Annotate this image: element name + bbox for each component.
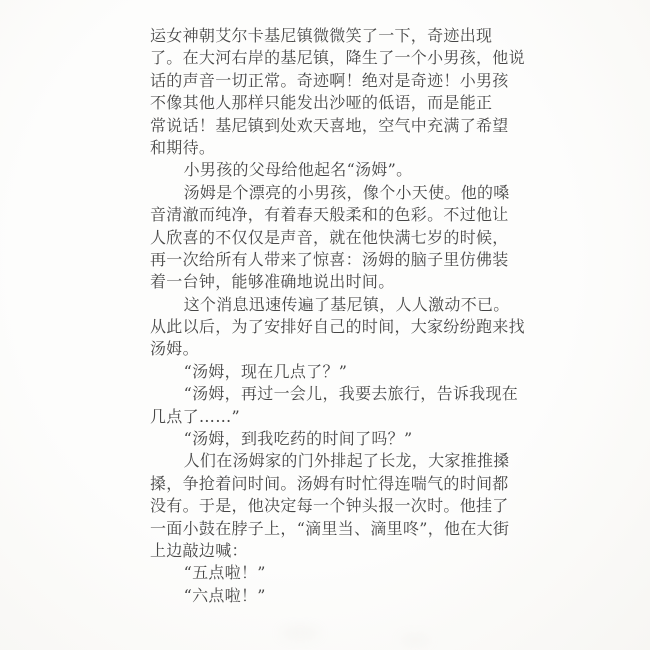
text-line: 小男孩的父母给他起名“汤姆”。 xyxy=(150,159,506,181)
scan-artifact xyxy=(400,636,430,644)
text-line: 了。在大河右岸的基尼镇，降生了一个小男孩，他说 xyxy=(150,47,506,69)
text-line: “汤姆，现在几点了？” xyxy=(150,361,506,383)
text-line: 没有。于是，他决定每一个钟头报一次时。他挂了 xyxy=(150,495,506,517)
text-line: 着一台钟，能够准确地说出时间。 xyxy=(150,271,506,293)
text-line: “五点啦！” xyxy=(150,562,506,584)
text-line: 搡，争抢着问时间。汤姆有时忙得连喘气的时间都 xyxy=(150,473,506,495)
text-line: 从此以后，为了安排好自己的时间，大家纷纷跑来找 xyxy=(150,316,506,338)
text-line: “六点啦！” xyxy=(150,585,506,607)
text-line: 和期待。 xyxy=(150,137,506,159)
scan-artifact xyxy=(280,628,320,638)
text-line: “汤姆，到我吃药的时间了吗？” xyxy=(150,428,506,450)
text-line: 这个消息迅速传遍了基尼镇，人人激动不已。 xyxy=(150,294,506,316)
page-text: 运女神朝艾尔卡基尼镇微微笑了一下，奇迹出现了。在大河右岸的基尼镇，降生了一个小男… xyxy=(150,25,506,607)
book-page: 运女神朝艾尔卡基尼镇微微笑了一下，奇迹出现了。在大河右岸的基尼镇，降生了一个小男… xyxy=(0,0,650,650)
text-line: 人们在汤姆家的门外排起了长龙，大家推推搡 xyxy=(150,450,506,472)
text-line: 话的声音一切正常。奇迹啊！绝对是奇迹！小男孩 xyxy=(150,70,506,92)
text-line: 不像其他人那样只能发出沙哑的低语，而是能正 xyxy=(150,92,506,114)
text-line: “汤姆，再过一会儿，我要去旅行，告诉我现在 xyxy=(150,383,506,405)
text-line: 一面小鼓在脖子上，“滴里当、滴里咚”，他在大街 xyxy=(150,518,506,540)
text-line: 音清澈而纯净，有着春天般柔和的色彩。不过他让 xyxy=(150,204,506,226)
text-line: 再一次给所有人带来了惊喜：汤姆的脑子里仿佛装 xyxy=(150,249,506,271)
text-line: 汤姆。 xyxy=(150,338,506,360)
text-line: 上边敲边喊： xyxy=(150,540,506,562)
text-line: 汤姆是个漂亮的小男孩，像个小天使。他的嗓 xyxy=(150,182,506,204)
text-line: 人欣喜的不仅仅是声音，就在他快满七岁的时候， xyxy=(150,227,506,249)
text-line: 常说话！基尼镇到处欢天喜地，空气中充满了希望 xyxy=(150,115,506,137)
text-line: 几点了……” xyxy=(150,406,506,428)
text-line: 运女神朝艾尔卡基尼镇微微笑了一下，奇迹出现 xyxy=(150,25,506,47)
